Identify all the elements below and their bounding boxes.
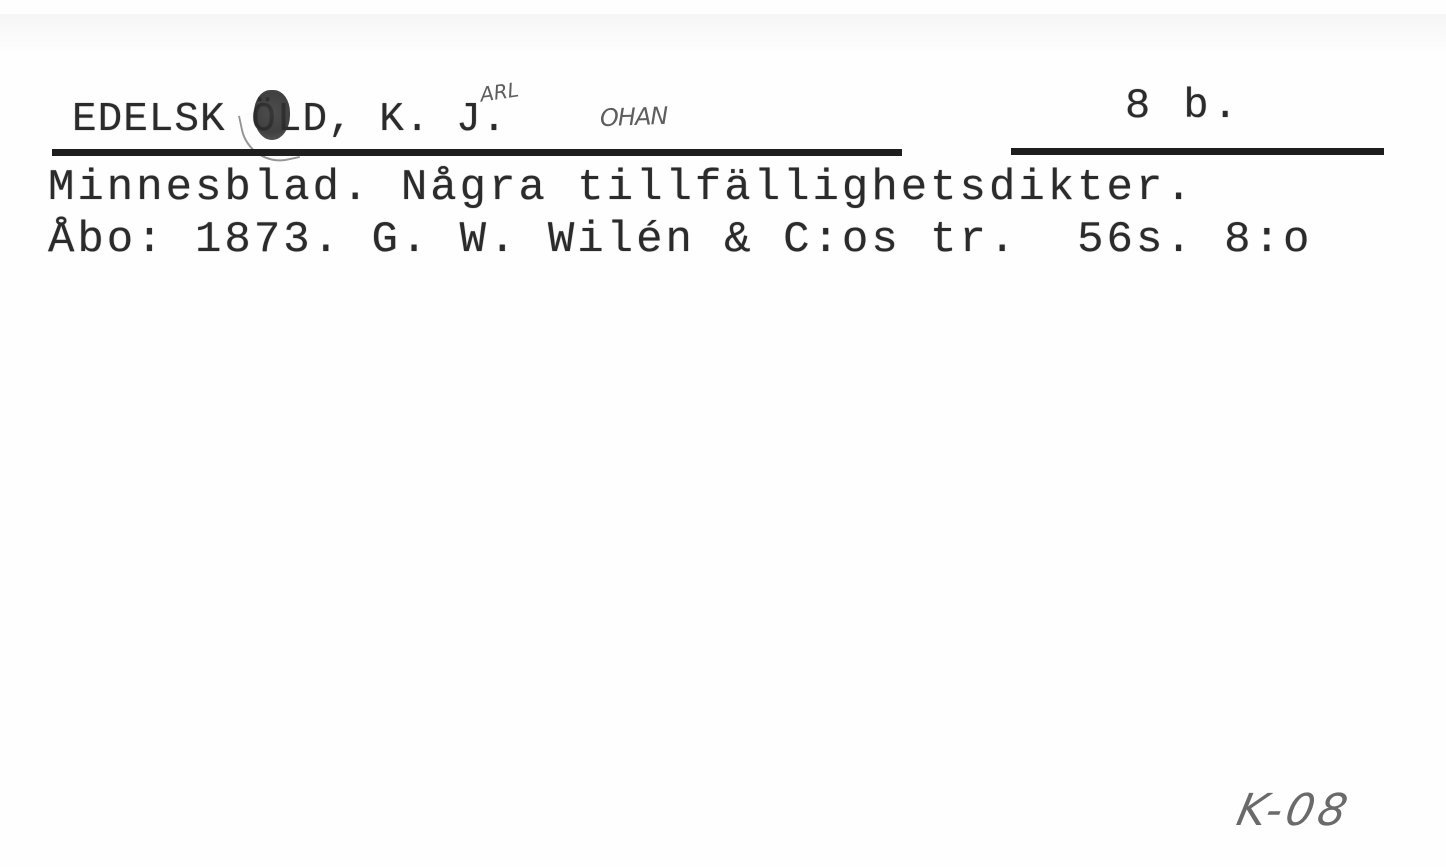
shelfmark: 8 b.	[1125, 82, 1242, 130]
author-heading-part1: EDELSK	[72, 97, 226, 143]
imprint-line: Åbo: 1873. G. W. Wilén & C:os tr. 56s. 8…	[48, 215, 1312, 265]
handwritten-first-name: ARL	[479, 77, 521, 106]
heading-underline-left	[52, 149, 902, 156]
title-line: Minnesblad. Några tillfällighetsdikter.	[48, 163, 1195, 213]
heading-underline-right	[1011, 148, 1384, 155]
card-top-edge-shadow	[0, 14, 1446, 54]
handwritten-code: K-08	[1233, 785, 1356, 836]
pencil-correction-stroke	[238, 105, 300, 169]
catalog-card: EDELSK ÖLD, K. J. ARL OHAN 8 b. Minnesbl…	[0, 0, 1446, 867]
handwritten-second-name: OHAN	[600, 102, 668, 132]
